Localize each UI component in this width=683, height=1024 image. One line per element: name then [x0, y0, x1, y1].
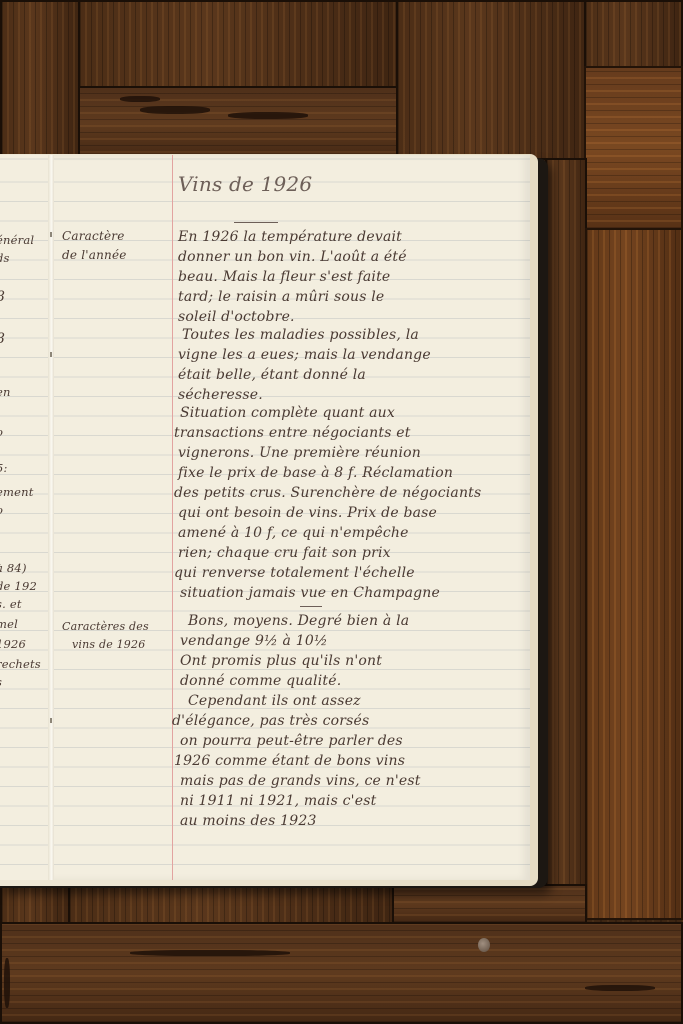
- wood-plank: [78, 0, 398, 88]
- text-line: d'élégance, pas très corsés: [172, 712, 369, 731]
- wood-plank: [396, 0, 586, 160]
- text-line: des petits crus. Surenchère de négociant…: [174, 484, 481, 503]
- text-line: situation jamais vue en Champagne: [180, 584, 440, 603]
- wood-plank: [585, 228, 683, 920]
- text-line: vigne les a eues; mais la vendange: [178, 346, 431, 365]
- left-page-fragment: 8: [0, 331, 5, 347]
- margin-label-line: Caractères des: [62, 618, 149, 635]
- left-page-fragment: 5:: [0, 461, 8, 475]
- left-page-fragment: o: [0, 503, 3, 517]
- text-line: tard; le raisin a mûri sous le: [178, 288, 384, 307]
- text-line: Situation complète quant aux: [180, 404, 395, 423]
- left-page-fragment: de 192: [0, 579, 37, 593]
- wood-knot: [140, 106, 210, 114]
- left-page-fragment: o: [0, 425, 3, 439]
- left-page-fragment: ds: [0, 251, 10, 265]
- wood-knot: [228, 112, 308, 119]
- binding-stitch: [50, 718, 52, 723]
- margin-label-line: Caractère: [62, 228, 125, 245]
- text-line: soleil d'octobre.: [178, 308, 295, 327]
- section-divider: [300, 606, 322, 607]
- left-page-fragment: 1926: [0, 637, 26, 651]
- wood-plank: [392, 884, 587, 924]
- text-line: rien; chaque cru fait son prix: [178, 544, 391, 563]
- text-line: Ont promis plus qu'ils n'ont: [180, 652, 382, 671]
- left-page-fragment: à 84): [0, 561, 27, 575]
- text-line: En 1926 la température devait: [178, 228, 402, 247]
- text-line: transactions entre négociants et: [174, 424, 411, 443]
- text-line: 1926 comme étant de bons vins: [174, 752, 405, 771]
- left-page-fragment: énéral: [0, 233, 34, 247]
- text-line: mais pas de grands vins, ce n'est: [180, 772, 421, 791]
- wood-knot: [4, 958, 10, 1008]
- margin-rule: [172, 155, 173, 880]
- text-line: amené à 10 f, ce qui n'empêche: [178, 524, 409, 543]
- left-page-fragment: rechets: [0, 657, 41, 671]
- text-line: au moins des 1923: [180, 812, 317, 831]
- wood-plank: [584, 66, 683, 230]
- left-page-fragment: mel: [0, 617, 18, 631]
- text-line: était belle, étant donné la: [178, 366, 366, 385]
- text-line: Toutes les maladies possibles, la: [182, 326, 419, 345]
- wood-plank: [0, 884, 70, 924]
- margin-label-line: de l'année: [62, 247, 127, 264]
- text-line: ni 1911 ni 1921, mais c'est: [180, 792, 376, 811]
- text-line: donner un bon vin. L'août a été: [178, 248, 407, 267]
- wood-knot: [120, 96, 160, 102]
- binding-stitch: [50, 232, 52, 237]
- text-line: on pourra peut-être parler des: [180, 732, 403, 751]
- wood-knot: [130, 950, 290, 956]
- wood-knot: [585, 985, 655, 991]
- wood-plank: [68, 884, 394, 924]
- page-title: Vins de 1926: [178, 172, 312, 196]
- left-page-fragment: 8: [0, 289, 5, 305]
- text-line: beau. Mais la fleur s'est faite: [178, 268, 390, 287]
- text-line: vendange 9½ à 10½: [180, 632, 328, 651]
- left-page-fragment: s. et: [0, 597, 22, 611]
- margin-label-line: vins de 1926: [72, 636, 145, 653]
- text-line: fixe le prix de base à 8 f. Réclamation: [178, 464, 453, 483]
- wood-plank: [584, 0, 683, 68]
- left-page-fragment: en: [0, 385, 11, 399]
- text-line: sécheresse.: [178, 386, 263, 405]
- text-line: Bons, moyens. Degré bien à la: [188, 612, 409, 631]
- left-page-fragment: s: [0, 675, 2, 689]
- text-line: vignerons. Une première réunion: [178, 444, 421, 463]
- wood-plank: [0, 922, 683, 1024]
- text-line: qui ont besoin de vins. Prix de base: [178, 504, 437, 523]
- nail-head: [478, 938, 490, 952]
- text-line: donné comme qualité.: [180, 672, 341, 691]
- left-page-fragment: ement: [0, 485, 34, 499]
- text-line: Cependant ils ont assez: [188, 692, 361, 711]
- wood-plank: [0, 0, 80, 160]
- left-page: énéral ds 8 8 en o 5: ement o à 84) de 1…: [0, 155, 51, 880]
- title-underline: [234, 222, 278, 223]
- binding-stitch: [50, 352, 52, 357]
- wood-plank: [545, 158, 587, 920]
- text-line: qui renverse totalement l'échelle: [174, 564, 415, 583]
